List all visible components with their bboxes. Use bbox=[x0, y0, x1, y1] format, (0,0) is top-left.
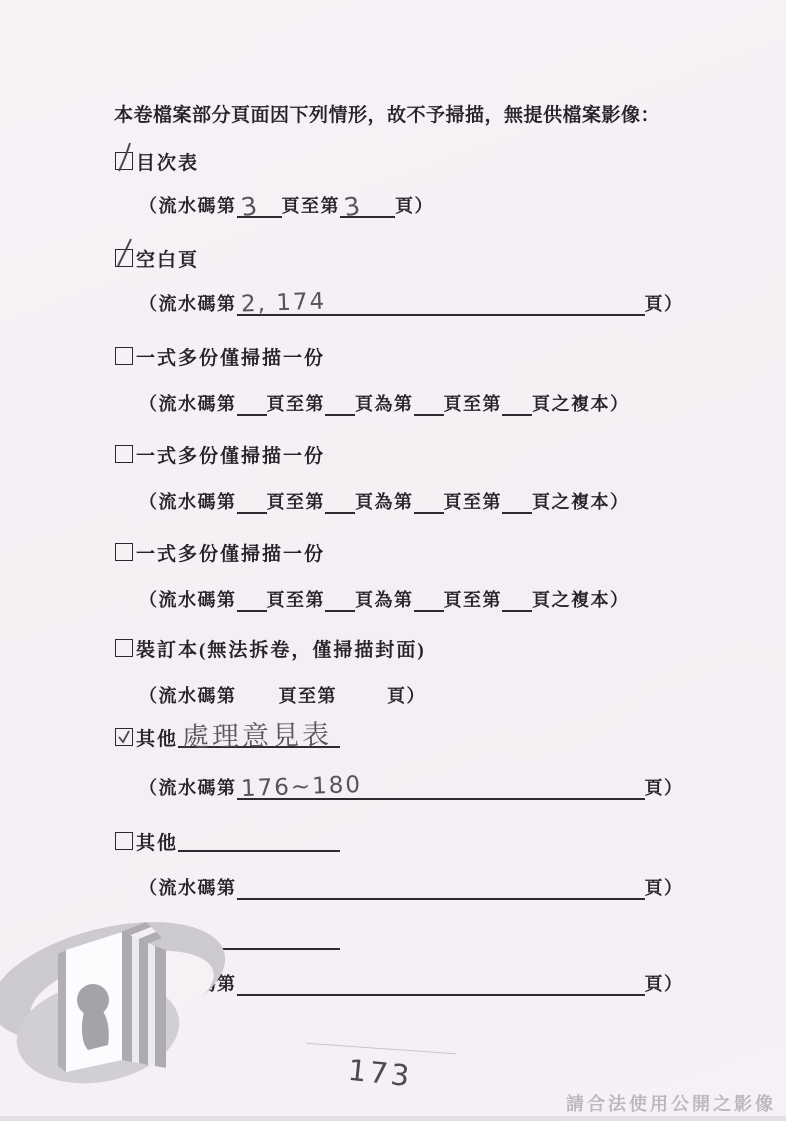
checkbox-bound-volume bbox=[115, 639, 133, 657]
checkbox-duplicate-3 bbox=[115, 543, 133, 561]
handwritten-value: 2, 174 bbox=[240, 291, 326, 317]
serial-blank bbox=[237, 878, 645, 900]
item-label: 裝訂本(無法拆卷，僅掃描封面) bbox=[136, 635, 426, 662]
handwritten-check-icon bbox=[112, 139, 140, 173]
item-other-2-serial: （流水碼第頁） bbox=[139, 874, 684, 900]
national-archives-logo-icon bbox=[0, 920, 248, 1120]
checkbox-blank-page-checked bbox=[115, 249, 133, 267]
serial-blank bbox=[502, 590, 532, 612]
serial-text: （流水碼第 bbox=[139, 878, 237, 898]
serial-blank: 3 bbox=[237, 196, 282, 218]
item-duplicate-1: 一式多份僅掃描一份 bbox=[115, 343, 325, 369]
item-duplicate-2-serial: （流水碼第頁至第頁為第頁至第頁之複本） bbox=[139, 488, 630, 514]
item-other-2: 其他 bbox=[115, 828, 340, 854]
serial-blank bbox=[502, 492, 532, 514]
item-label: 一式多份僅掃描一份 bbox=[136, 441, 325, 468]
serial-text: 頁至第 bbox=[444, 590, 503, 610]
serial-text: （流水碼第 bbox=[139, 492, 237, 512]
serial-text: 頁至第 bbox=[267, 590, 326, 610]
handwritten-value: 3 bbox=[239, 193, 260, 220]
handwritten-value: 處理意見表 bbox=[182, 722, 332, 752]
serial-text: 頁至第 bbox=[444, 394, 503, 414]
serial-blank bbox=[414, 590, 444, 612]
checkbox-toc-checked bbox=[115, 152, 133, 170]
handwritten-value: 3 bbox=[342, 193, 363, 220]
serial-blank bbox=[237, 974, 645, 996]
serial-text: 頁之複本） bbox=[532, 492, 630, 512]
item-duplicate-2: 一式多份僅掃描一份 bbox=[115, 441, 325, 467]
serial-text: 頁） bbox=[395, 196, 434, 216]
serial-blank bbox=[325, 394, 355, 416]
scanned-form-page: 本卷檔案部分頁面因下列情形，故不予掃描，無提供檔案影像： 目次表 （流水碼第3頁… bbox=[0, 0, 786, 1121]
serial-gap bbox=[237, 688, 279, 708]
form-title: 本卷檔案部分頁面因下列情形，故不予掃描，無提供檔案影像： bbox=[114, 100, 660, 127]
checkbox-other-1-checked bbox=[115, 728, 133, 746]
serial-text: 頁為第 bbox=[355, 590, 414, 610]
serial-blank bbox=[325, 590, 355, 612]
serial-text: （流水碼第 bbox=[139, 196, 237, 216]
handwritten-page-number: 173 bbox=[346, 1053, 414, 1094]
item-label: 一式多份僅掃描一份 bbox=[136, 343, 325, 370]
other-fill-blank bbox=[178, 830, 340, 852]
serial-text: （流水碼第 bbox=[139, 778, 237, 798]
copyright-watermark: 請合法使用公開之影像 bbox=[566, 1090, 776, 1116]
serial-blank bbox=[502, 394, 532, 416]
serial-text: （流水碼第 bbox=[139, 294, 237, 314]
item-label: 其他 bbox=[136, 828, 178, 855]
serial-blank: 176~180 bbox=[237, 778, 645, 800]
serial-blank bbox=[414, 492, 444, 514]
item-bound-volume-serial: （流水碼第頁至第頁） bbox=[139, 682, 426, 708]
serial-text: 頁） bbox=[645, 878, 684, 898]
item-bound-volume: 裝訂本(無法拆卷，僅掃描封面) bbox=[115, 635, 426, 661]
serial-blank bbox=[237, 394, 267, 416]
serial-text: 頁） bbox=[645, 974, 684, 994]
serial-text: 頁至第 bbox=[282, 196, 341, 216]
item-toc-serial: （流水碼第3頁至第3頁） bbox=[139, 192, 434, 218]
serial-text: 頁至第 bbox=[444, 492, 503, 512]
checkbox-duplicate-2 bbox=[115, 445, 133, 463]
serial-text: 頁為第 bbox=[355, 492, 414, 512]
checkbox-other-2 bbox=[115, 832, 133, 850]
serial-text: 頁） bbox=[645, 778, 684, 798]
serial-text: （流水碼第 bbox=[139, 686, 237, 706]
serial-gap bbox=[337, 688, 387, 708]
serial-text: 頁之複本） bbox=[532, 394, 630, 414]
item-duplicate-1-serial: （流水碼第頁至第頁為第頁至第頁之複本） bbox=[139, 390, 630, 416]
serial-text: 頁至第 bbox=[267, 394, 326, 414]
item-blank-page: 空白頁 bbox=[115, 245, 199, 271]
serial-text: 頁至第 bbox=[267, 492, 326, 512]
item-duplicate-3-serial: （流水碼第頁至第頁為第頁至第頁之複本） bbox=[139, 586, 630, 612]
handwritten-check-icon bbox=[112, 236, 140, 270]
serial-blank bbox=[325, 492, 355, 514]
item-duplicate-3: 一式多份僅掃描一份 bbox=[115, 539, 325, 565]
item-other-1-serial: （流水碼第176~180頁） bbox=[139, 774, 684, 800]
handwritten-value: 176~180 bbox=[240, 774, 362, 801]
serial-text: （流水碼第 bbox=[139, 590, 237, 610]
serial-blank bbox=[414, 394, 444, 416]
serial-blank bbox=[237, 590, 267, 612]
serial-text: 頁） bbox=[645, 294, 684, 314]
serial-text: （流水碼第 bbox=[139, 394, 237, 414]
item-label: 目次表 bbox=[136, 148, 199, 175]
item-toc: 目次表 bbox=[115, 148, 199, 174]
checkbox-duplicate-1 bbox=[115, 347, 133, 365]
serial-text: 頁之複本） bbox=[532, 590, 630, 610]
serial-blank bbox=[237, 492, 267, 514]
serial-text: 頁至第 bbox=[279, 686, 338, 706]
item-label: 其他 bbox=[136, 724, 178, 751]
other-fill-blank: 處理意見表 bbox=[178, 726, 340, 748]
item-label: 一式多份僅掃描一份 bbox=[136, 539, 325, 566]
item-label: 空白頁 bbox=[136, 245, 199, 272]
pencil-scratch-mark bbox=[306, 1043, 456, 1054]
item-other-1: 其他處理意見表 bbox=[115, 724, 340, 750]
serial-blank: 2, 174 bbox=[237, 294, 645, 316]
serial-blank: 3 bbox=[340, 196, 395, 218]
serial-text: 頁為第 bbox=[355, 394, 414, 414]
serial-text: 頁） bbox=[387, 686, 426, 706]
scan-edge bbox=[0, 1116, 786, 1121]
item-blank-page-serial: （流水碼第2, 174頁） bbox=[139, 290, 684, 316]
handwritten-check-icon bbox=[116, 729, 132, 745]
